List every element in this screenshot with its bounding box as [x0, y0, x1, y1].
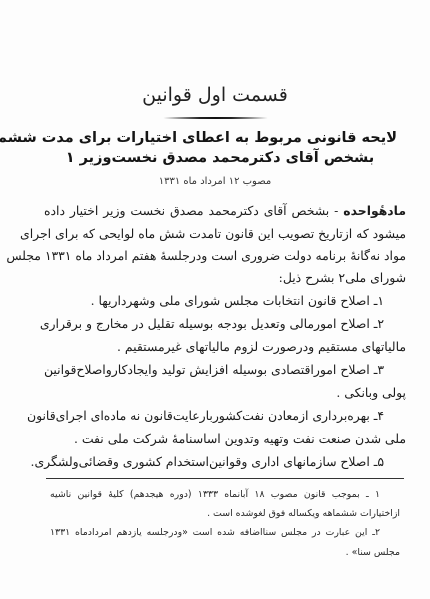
item-2-line-2: مالیاتهای مستقیم ودرصورت لزوم مالیاتهای … [44, 339, 406, 354]
footnote-1-line-2: ازاختیارات ششماهه ویکساله فوق لغوشده است… [50, 508, 400, 519]
scanned-document-page: قسمت اول قوانین لایحه قانونی مربوط به اع… [0, 0, 430, 599]
article-line-4: شورای ملی۲ بشرح ذیل: [44, 270, 406, 285]
item-4-line-2: ملی شدن صنعت نفت وتهیه وتدوین اساسنامهٔ … [44, 431, 406, 446]
article-line-2: میشود که ازتاریخ تصویب این قانون تامدت ش… [44, 226, 406, 241]
section-title: قسمت اول قوانین [0, 84, 430, 106]
footnote-2-line-1: ۲ـ این عبارت در مجلس سنااضافه شده است «و… [50, 527, 380, 538]
item-2-line-1: ۲ـ اصلاح امورمالی وتعدیل بودجه بوسیله تق… [44, 316, 384, 331]
bill-title-line-2: بشخص آقای دکترمحمد مصدق نخست‌وزیر ۱ [60, 150, 380, 166]
article-text: - بشخص آقای دکترمحمد مصدق نخست وزیر اختی… [44, 203, 343, 218]
item-5-line-1: ۵ـ اصلاح سازمانهای اداری وقوانین‌استخدام… [44, 454, 384, 469]
bill-title-line-1: لایحه قانونی مربوط به اعطای اختیارات برا… [55, 130, 397, 146]
article-line-1: مادهٔواحده - بشخص آقای دکترمحمد مصدق نخس… [44, 203, 406, 218]
item-3-line-2: پولی وبانکی . [44, 385, 406, 400]
article-label: مادهٔواحده [343, 203, 406, 218]
title-ornament-divider [163, 117, 268, 119]
item-4-line-1: ۴ـ بهره‌برداری ازمعادن نفت‌کشوربارعایت‌ق… [44, 408, 384, 423]
footnote-1-line-1: ۱ ـ بموجب قانون مصوب ۱۸ آبانماه ۱۳۳۳ (دو… [50, 489, 380, 500]
article-line-3: مواد نه‌گانهٔ برنامه دولت ضروری است ودرج… [44, 248, 406, 263]
footnote-2-line-2: مجلس سنا» . [50, 547, 400, 558]
footnote-separator [46, 478, 404, 479]
item-1-line-1: ۱ـ اصلاح قانون انتخابات مجلس شورای ملی و… [44, 293, 384, 308]
item-3-line-1: ۳ـ اصلاح اموراقتصادی بوسیله افزایش تولید… [44, 362, 384, 377]
approval-date: مصوب ۱۲ امرداد ماه ۱۳۳۱ [0, 176, 430, 187]
